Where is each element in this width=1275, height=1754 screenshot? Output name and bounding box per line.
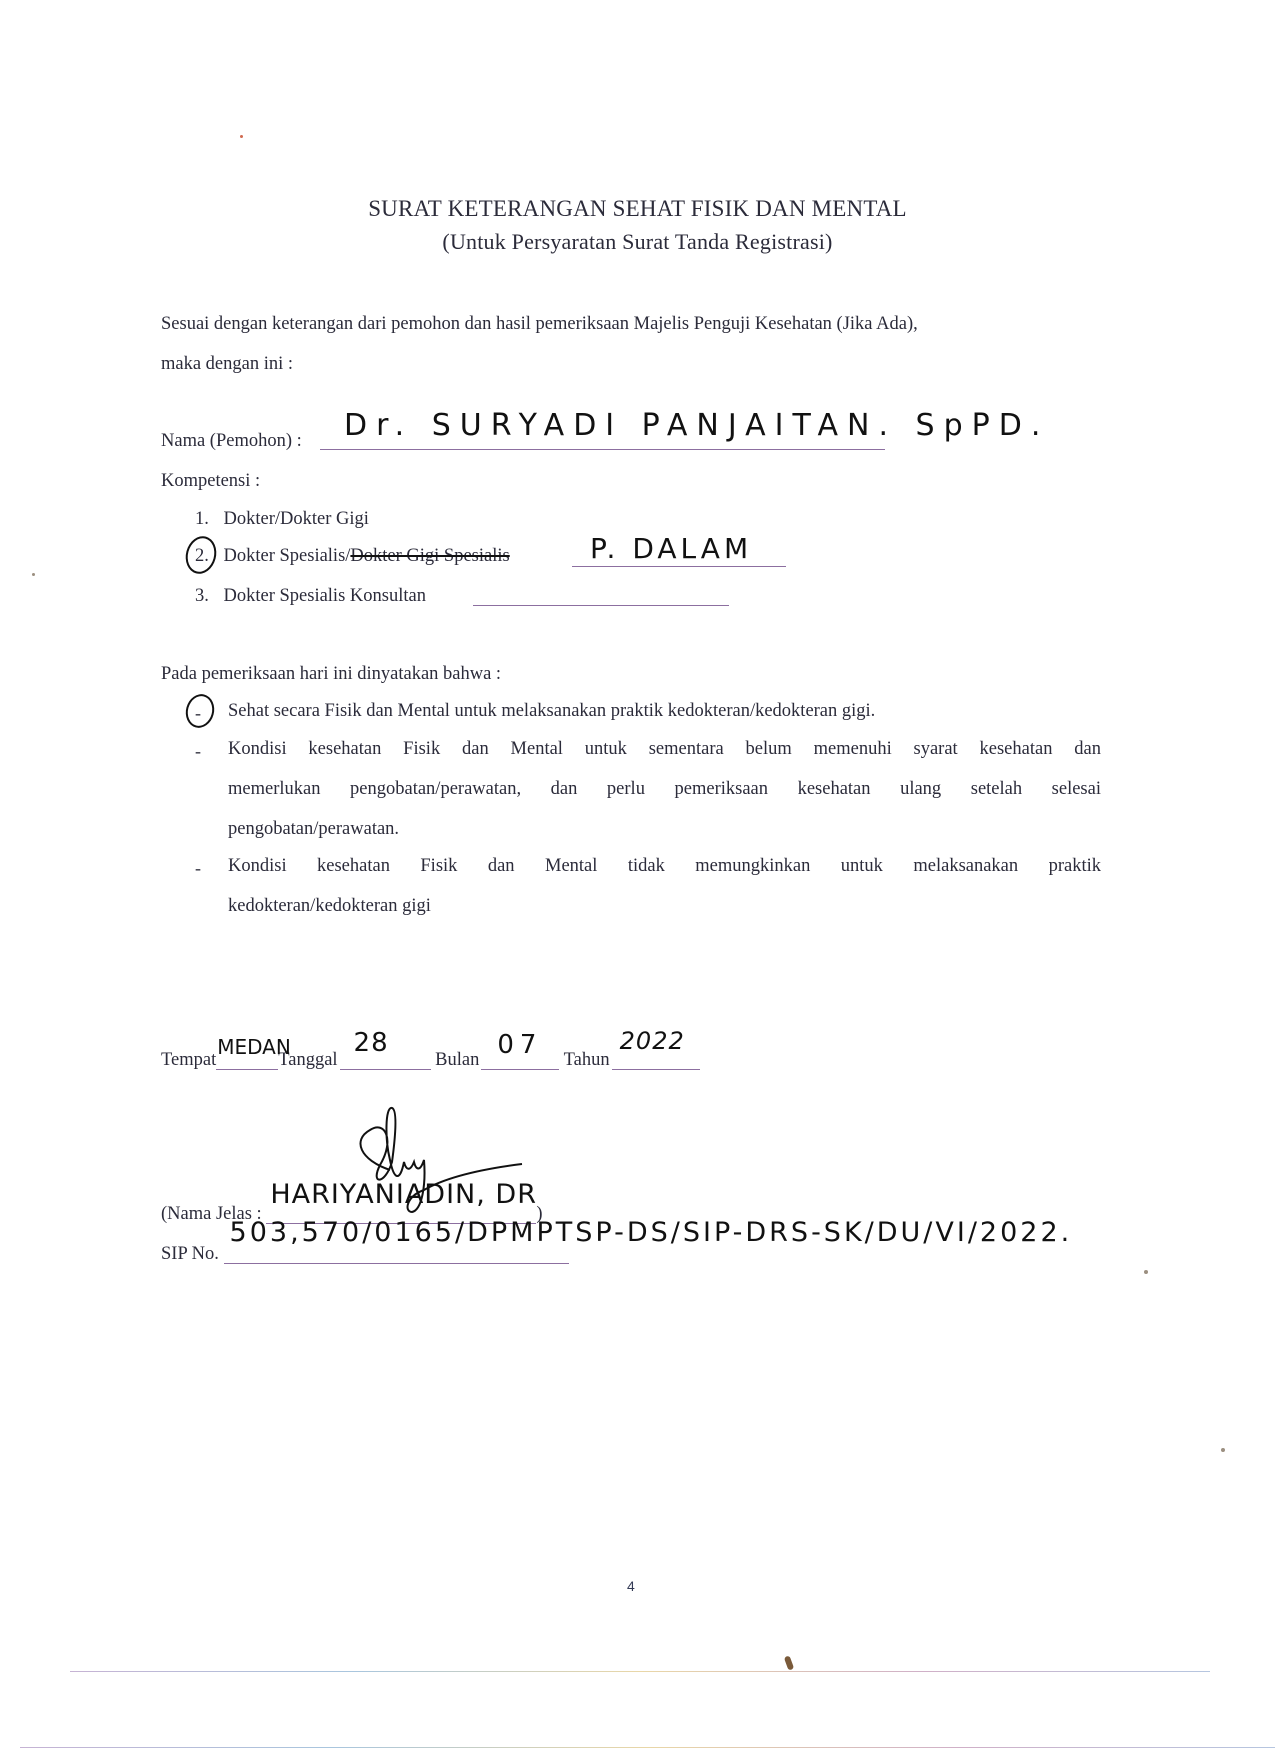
- scan-speck: [1221, 1448, 1225, 1452]
- applicant-name-value: Dr. SURYADI PANJAITAN. SpPD.: [344, 408, 1049, 443]
- place-value: MEDAN: [217, 1037, 291, 1057]
- exam-item-2-bullet: -: [195, 741, 201, 761]
- competence-item-2[interactable]: 2. Dokter Spesialis/Dokter Gigi Spesiali…: [195, 546, 510, 566]
- sip-label: SIP No.: [161, 1244, 219, 1264]
- scan-line-top: [70, 1671, 1210, 1672]
- competence-item-1-number: 1.: [195, 509, 209, 529]
- exam-item-3-bullet: -: [195, 858, 201, 878]
- place-date-row: TempatMEDANTanggal28 Bulan07 Tahun2022: [161, 1049, 700, 1070]
- competence-item-2-label: Dokter Spesialis/: [224, 546, 351, 566]
- exam-item-2-line-2: memerlukan pengobatan/perawatan, dan per…: [228, 779, 1101, 799]
- year-value: 2022: [620, 1031, 685, 1051]
- day-value: 28: [354, 1033, 389, 1053]
- year-field[interactable]: 2022: [612, 1049, 700, 1070]
- competence-item-1-label: Dokter/Dokter Gigi: [224, 509, 369, 529]
- specialty-field[interactable]: P. DALAM: [572, 532, 786, 567]
- competence-item-3-label: Dokter Spesialis Konsultan: [224, 586, 426, 606]
- exam-item-3-line-2: kedokteran/kedokteran gigi: [228, 896, 431, 916]
- sip-value: 503,570/0165/DPMPTSP-DS/SIP-DRS-SK/DU/VI…: [230, 1223, 1073, 1243]
- year-label: Tahun: [564, 1050, 610, 1070]
- sip-field[interactable]: 503,570/0165/DPMPTSP-DS/SIP-DRS-SK/DU/VI…: [224, 1243, 569, 1264]
- exam-item-3-line-1[interactable]: Kondisi kesehatan Fisik dan Mental tidak…: [228, 856, 1101, 876]
- scan-line-bottom: [20, 1747, 1275, 1748]
- competence-item-1[interactable]: 1. Dokter/Dokter Gigi: [195, 509, 369, 529]
- document-subtitle: (Untuk Persyaratan Surat Tanda Registras…: [0, 229, 1275, 255]
- page-number: 4: [627, 1578, 635, 1594]
- signer-name-value: HARIYANIADIN, DR: [270, 1185, 537, 1205]
- competence-item-2-struck: Dokter Gigi Spesialis: [350, 546, 509, 566]
- month-value: 07: [497, 1035, 542, 1055]
- month-label: Bulan: [435, 1050, 479, 1070]
- consultant-field[interactable]: [473, 585, 729, 606]
- exam-item-2-line-1[interactable]: Kondisi kesehatan Fisik dan Mental untuk…: [228, 739, 1101, 759]
- exam-item-2-line-3: pengobatan/perawatan.: [228, 819, 399, 839]
- competence-item-2-number: 2.: [195, 546, 209, 566]
- day-field[interactable]: 28: [340, 1049, 431, 1070]
- specialty-value: P. DALAM: [590, 532, 752, 565]
- exam-item-1[interactable]: Sehat secara Fisik dan Mental untuk mela…: [228, 701, 875, 721]
- applicant-name-label: Nama (Pemohon) :: [161, 431, 302, 451]
- sip-row: SIP No. 503,570/0165/DPMPTSP-DS/SIP-DRS-…: [161, 1243, 569, 1264]
- month-field[interactable]: 07: [481, 1049, 559, 1070]
- competence-label: Kompetensi :: [161, 471, 260, 491]
- place-label: Tempat: [161, 1050, 216, 1070]
- scan-speck: [32, 573, 35, 576]
- intro-line-2: maka dengan ini :: [161, 354, 293, 374]
- scan-speck: [240, 135, 243, 138]
- scan-speck: [1144, 1270, 1148, 1274]
- competence-item-3[interactable]: 3. Dokter Spesialis Konsultan: [195, 586, 426, 606]
- applicant-name-field[interactable]: Dr. SURYADI PANJAITAN. SpPD.: [320, 402, 885, 450]
- scan-speck: [784, 1655, 794, 1670]
- competence-item-3-number: 3.: [195, 586, 209, 606]
- exam-item-1-bullet: -: [195, 703, 201, 723]
- document-title: SURAT KETERANGAN SEHAT FISIK DAN MENTAL: [0, 196, 1275, 222]
- intro-line-1: Sesuai dengan keterangan dari pemohon da…: [161, 314, 1104, 334]
- exam-label: Pada pemeriksaan hari ini dinyatakan bah…: [161, 664, 501, 684]
- place-field[interactable]: MEDAN: [216, 1049, 278, 1070]
